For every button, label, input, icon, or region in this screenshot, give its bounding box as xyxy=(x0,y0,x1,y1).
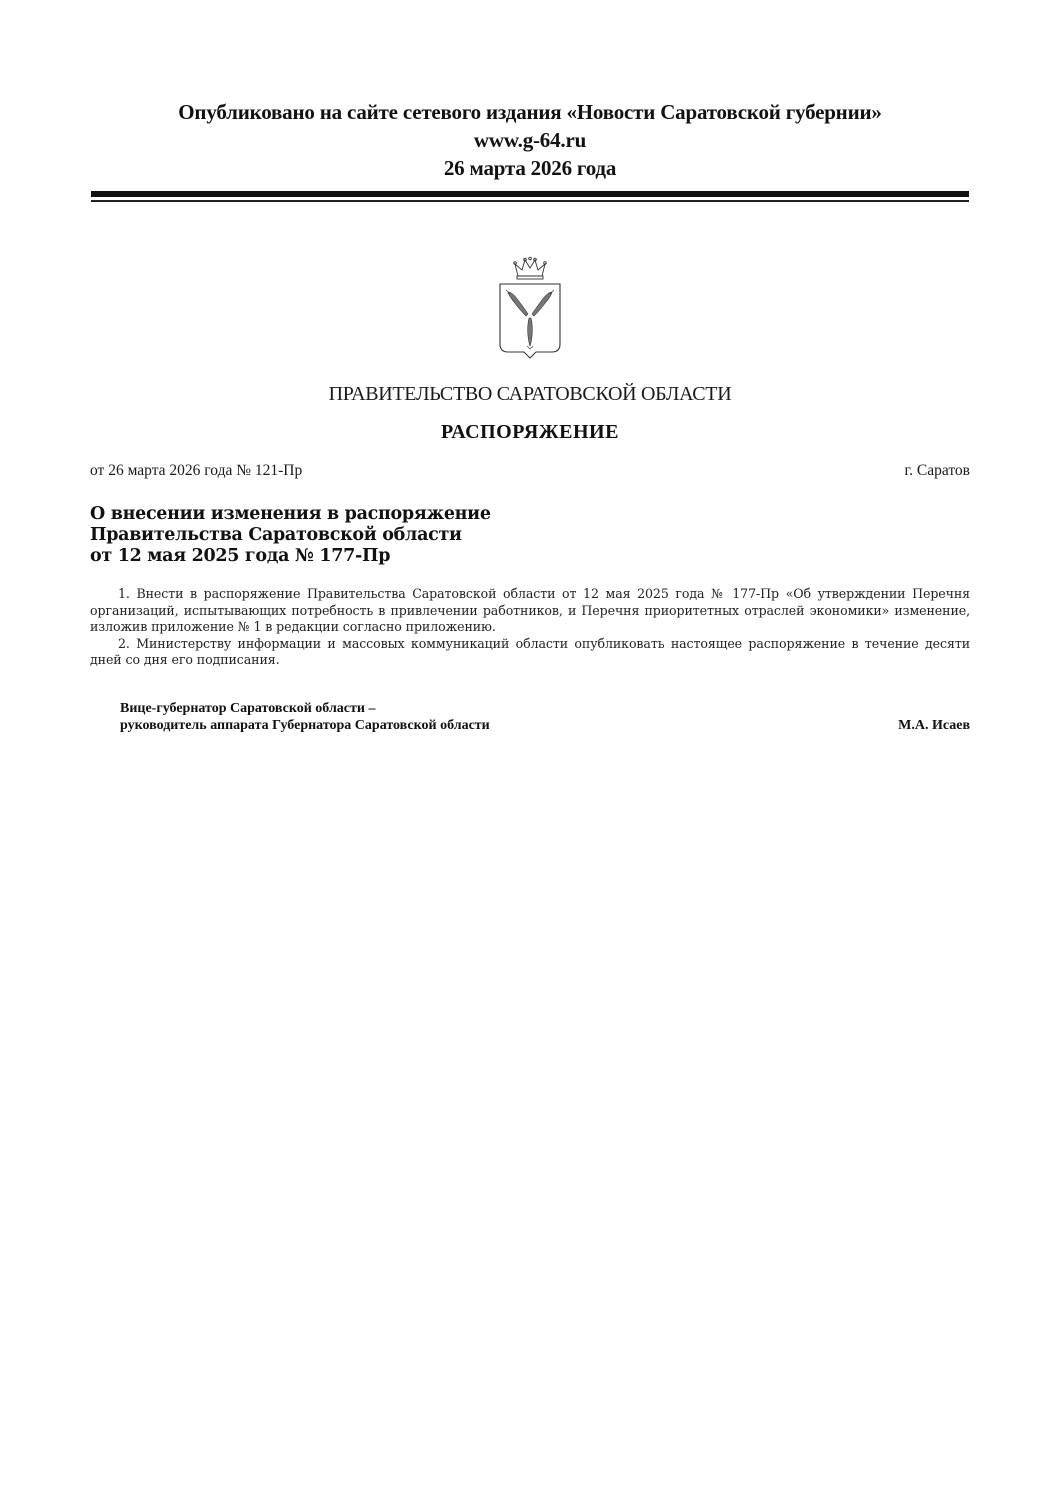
document-page: Опубликовано на сайте сетевого издания «… xyxy=(0,0,1060,1500)
publication-date: 26 марта 2026 года xyxy=(90,154,970,182)
document-subject: О внесении изменения в распоряжение Прав… xyxy=(90,504,590,567)
signatory-position-line: руководитель аппарата Губернатора Сарато… xyxy=(120,717,490,734)
coat-of-arms-icon xyxy=(498,256,562,360)
subject-line: О внесении изменения в распоряжение xyxy=(90,504,590,525)
signatory-name: М.А. Исаев xyxy=(898,717,970,734)
paragraph: 1. Внести в распоряжение Правительства С… xyxy=(90,586,970,636)
publication-header: Опубликовано на сайте сетевого издания «… xyxy=(90,98,970,182)
document-type: РАСПОРЯЖЕНИЕ xyxy=(90,421,970,444)
header-rule-thin xyxy=(91,200,969,202)
document-meta: от 26 марта 2026 года № 121-Пр г. Сарато… xyxy=(90,462,970,480)
signatory-position-line: Вице-губернатор Саратовской области – xyxy=(120,700,970,717)
signature-block: Вице-губернатор Саратовской области – ру… xyxy=(120,700,970,734)
publication-site: www.g-64.ru xyxy=(90,126,970,154)
authority-title: ПРАВИТЕЛЬСТВО САРАТОВСКОЙ ОБЛАСТИ xyxy=(90,383,970,406)
document-body: 1. Внести в распоряжение Правительства С… xyxy=(90,586,970,669)
publication-line: Опубликовано на сайте сетевого издания «… xyxy=(90,98,970,126)
paragraph: 2. Министерству информации и массовых ко… xyxy=(90,636,970,669)
header-rule-thick xyxy=(91,191,969,197)
subject-line: от 12 мая 2025 года № 177-Пр xyxy=(90,546,590,567)
document-date-number: от 26 марта 2026 года № 121-Пр xyxy=(90,462,302,480)
document-place: г. Саратов xyxy=(905,462,970,480)
subject-line: Правительства Саратовской области xyxy=(90,525,590,546)
